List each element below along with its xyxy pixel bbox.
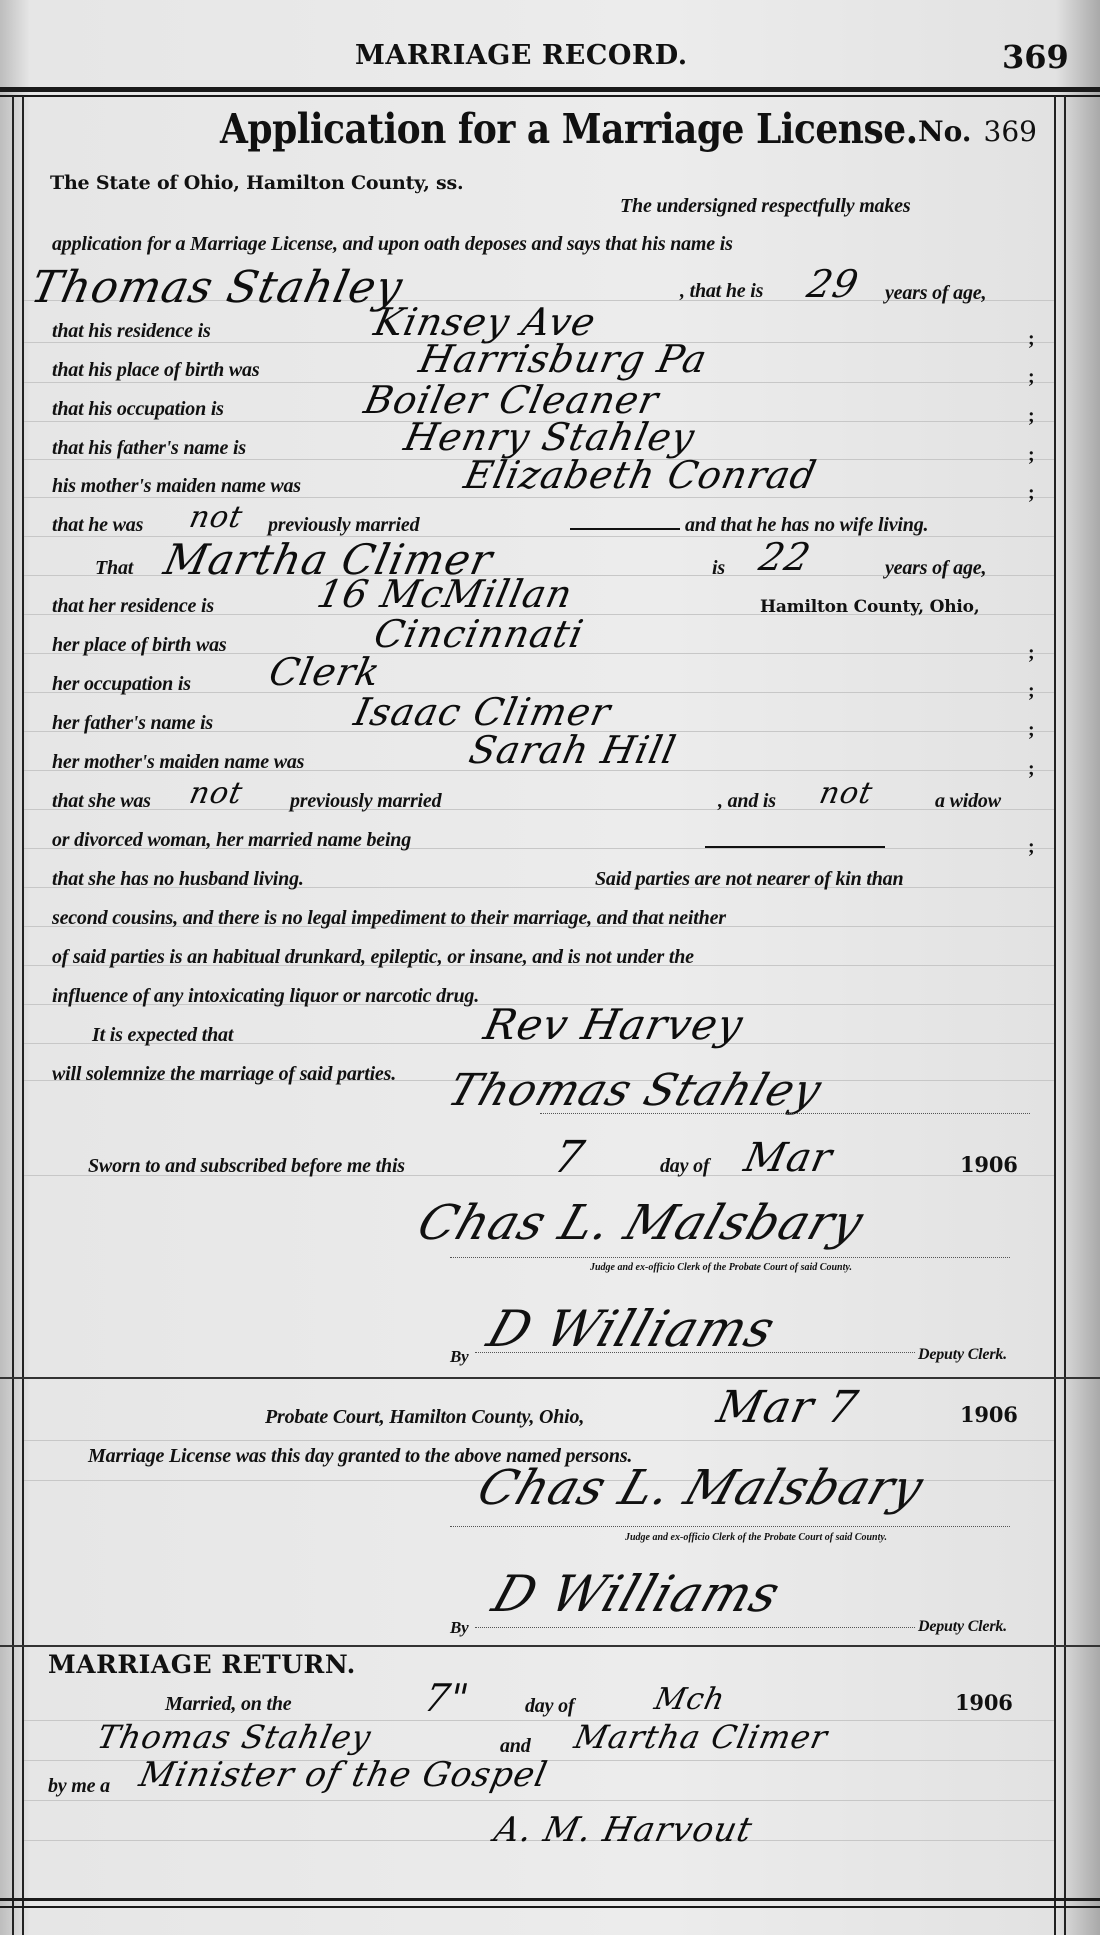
bride-widow-value: not (816, 776, 876, 811)
married-month: Mch (651, 1682, 728, 1717)
venue: The State of Ohio, Hamilton County, ss. (50, 172, 463, 194)
groom-prev-married-value: not (186, 500, 246, 535)
by-me-label: by me a (48, 1775, 110, 1798)
applicant-signature: Thomas Stahley (442, 1065, 829, 1116)
sworn-day-of: day of (660, 1155, 709, 1178)
bride-is-label: is (712, 557, 725, 580)
bride-occupation-label: her occupation is (52, 673, 191, 696)
section-divider (0, 1377, 1100, 1379)
frame-border-right-inner (1054, 96, 1056, 1935)
groom-birthplace: Harrisburg Pa (415, 337, 711, 381)
legal-line-4: influence of any intoxicating liquor or … (52, 985, 479, 1008)
groom-name: Thomas Stahley (27, 262, 408, 313)
bride-mother: Sarah Hill (465, 728, 680, 772)
license-date: Mar 7 (713, 1382, 863, 1433)
return-bride: Martha Climer (571, 1718, 831, 1756)
groom-no-wife: and that he has no wife living. (685, 514, 928, 537)
married-year: 1906 (955, 1690, 1013, 1715)
deputy-signature-line (475, 1352, 915, 1353)
page-header-title: MARRIAGE RECORD. (355, 40, 688, 71)
legal-line-2: second cousins, and there is no legal im… (52, 907, 726, 930)
license-year: 1906 (960, 1402, 1018, 1427)
bride-birthplace-label: her place of birth was (52, 634, 227, 657)
groom-father-label: that his father's name is (52, 437, 246, 460)
license-deputy-signature: D Williams (486, 1565, 788, 1623)
deputy-caption: Deputy Clerk. (918, 1346, 1007, 1364)
bride-occupation: Clerk (265, 650, 384, 694)
footer-rule-2 (0, 1906, 1100, 1908)
number-value: 369 (984, 115, 1037, 148)
section-divider-2 (0, 1645, 1100, 1647)
officiant-signature: A. M. Harvout (491, 1810, 757, 1850)
frame-border-right (1064, 96, 1066, 1935)
intro-line-2: application for a Marriage License, and … (52, 233, 733, 256)
bride-birthplace: Cincinnati (370, 612, 588, 656)
bride-widow-post: a widow (935, 790, 1001, 813)
married-label: Married, on the (165, 1693, 291, 1716)
frame-border-left-inner (22, 96, 24, 1935)
groom-prev-married-label: that he was (52, 514, 143, 537)
judge-caption: Judge and ex-officio Clerk of the Probat… (590, 1262, 852, 1273)
header-rule-thin (0, 95, 1100, 97)
license-deputy-caption: Deputy Clerk. (918, 1618, 1007, 1636)
sworn-label: Sworn to and subscribed before me this (88, 1155, 405, 1178)
married-day-of: day of (525, 1695, 574, 1718)
blank-line (570, 528, 680, 530)
blank-line (705, 846, 885, 848)
married-day: 7" (420, 1676, 473, 1720)
officiant-name: Rev Harvey (480, 1000, 748, 1049)
number-label: No. (918, 115, 972, 148)
return-groom: Thomas Stahley (94, 1718, 375, 1756)
judge-signature: Chas L. Malsbary (411, 1195, 871, 1251)
license-judge-caption: Judge and ex-officio Clerk of the Probat… (625, 1532, 887, 1543)
sworn-year: 1906 (960, 1152, 1018, 1177)
license-by-label: By (450, 1618, 468, 1638)
license-judge-signature-line (450, 1526, 1010, 1527)
groom-occupation-label: that his occupation is (52, 398, 224, 421)
marriage-record-page: MARRIAGE RECORD. 369 Application for a M… (0, 0, 1100, 1935)
signature-line (540, 1113, 1030, 1114)
bride-prev-married-post: previously married (290, 790, 441, 813)
bride-father-label: her father's name is (52, 712, 213, 735)
sworn-month: Mar (740, 1135, 837, 1181)
bride-mother-label: her mother's maiden name was (52, 751, 304, 774)
groom-age-label: , that he is (680, 280, 763, 303)
officiant-pre: It is expected that (92, 1024, 233, 1047)
groom-age: 29 (803, 262, 863, 306)
bride-age: 22 (755, 535, 815, 579)
bride-divorced-line: or divorced woman, her married name bein… (52, 829, 411, 852)
application-title: Application for a Marriage License. (220, 105, 918, 153)
legal-line-1: Said parties are not nearer of kin than (595, 868, 903, 891)
bride-county: Hamilton County, Ohio, (760, 597, 979, 617)
officiant-post: will solemnize the marriage of said part… (52, 1063, 396, 1086)
license-judge-signature: Chas L. Malsbary (471, 1460, 931, 1516)
deputy-signature: D Williams (481, 1300, 783, 1358)
bride-residence-label: that her residence is (52, 595, 214, 618)
intro-line-1: The undersigned respectfully makes (620, 195, 910, 218)
officiant-title: Minister of the Gospel (136, 1755, 551, 1795)
license-deputy-signature-line (475, 1627, 915, 1628)
marriage-return-title: MARRIAGE RETURN. (48, 1650, 356, 1679)
bride-widow-pre: , and is (718, 790, 776, 813)
bride-prev-married-value: not (186, 776, 246, 811)
groom-birthplace-label: that his place of birth was (52, 359, 259, 382)
groom-mother-label: his mother's maiden name was (52, 475, 301, 498)
page-number: 369 (1002, 38, 1069, 76)
groom-residence-label: that his residence is (52, 320, 211, 343)
bride-age-label-post: years of age, (885, 557, 986, 580)
legal-line-3: of said parties is an habitual drunkard,… (52, 946, 694, 969)
frame-border-left (12, 96, 14, 1935)
header-rule (0, 87, 1100, 92)
bride-residence: 16 McMillan (313, 572, 576, 616)
application-number: No.369 (918, 115, 1037, 148)
bride-prev-married-pre: that she was (52, 790, 151, 813)
judge-signature-line (450, 1257, 1010, 1258)
groom-prev-married-pre: that he was (52, 514, 143, 536)
license-court: Probate Court, Hamilton County, Ohio, (265, 1406, 584, 1429)
footer-rule (0, 1898, 1100, 1901)
groom-mother: Elizabeth Conrad (460, 453, 820, 497)
groom-age-label-post: years of age, (885, 282, 986, 305)
bride-no-husband: that she has no husband living. (52, 868, 304, 891)
bride-that-label: That (95, 557, 133, 580)
by-label: By (450, 1347, 468, 1367)
groom-prev-married-post: previously married (268, 514, 419, 537)
